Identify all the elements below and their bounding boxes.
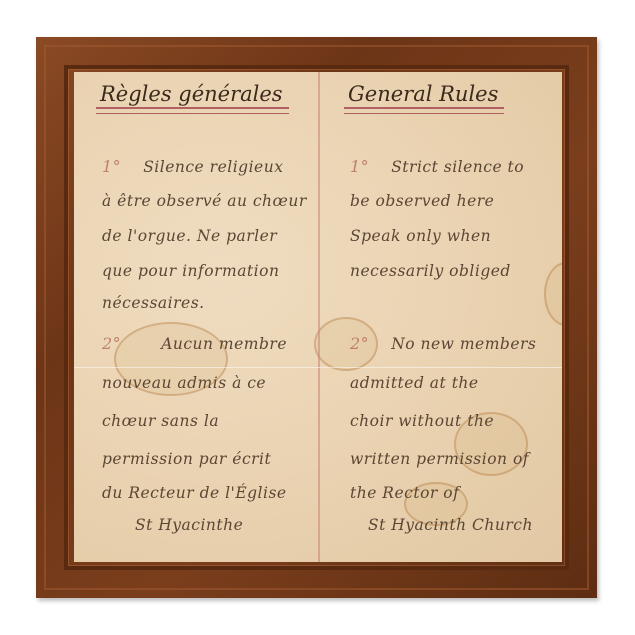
- aged-paper-sheet: Règles générales 1°Silence religieux à ê…: [74, 72, 562, 562]
- rule-number: 2°: [102, 334, 121, 353]
- rule-line: 1°Silence religieux: [102, 157, 283, 176]
- rule-number: 1°: [350, 157, 369, 176]
- rule-line: choir without the: [350, 412, 494, 430]
- rule-line: written permission of: [350, 450, 529, 468]
- signature-line: St Hyacinth Church: [368, 516, 533, 534]
- english-column: General Rules 1°Strict silence to be obs…: [328, 72, 562, 562]
- rule-number: 2°: [350, 334, 369, 353]
- rule-line: nouveau admis à ce: [102, 374, 266, 392]
- rule-line: Speak only when: [350, 227, 491, 245]
- signature-line: St Hyacinthe: [135, 516, 243, 534]
- rule-line: 2°Aucun membre: [102, 334, 287, 353]
- rule-line: 2°No new members: [350, 334, 536, 353]
- rule-line: 1°Strict silence to: [350, 157, 524, 176]
- english-heading: General Rules: [348, 82, 498, 110]
- french-heading: Règles générales: [100, 82, 283, 110]
- rule-line: de l'orgue. Ne parler: [102, 227, 277, 245]
- french-column: Règles générales 1°Silence religieux à ê…: [80, 72, 316, 562]
- rule-line: permission par écrit: [102, 450, 271, 468]
- rule-line: que pour information: [102, 262, 279, 280]
- rule-line: chœur sans la: [102, 412, 219, 430]
- rule-number: 1°: [102, 157, 121, 176]
- rule-line: du Recteur de l'Église: [102, 484, 287, 502]
- rule-line: à être observé au chœur: [102, 192, 307, 210]
- rule-line: be observed here: [350, 192, 494, 210]
- rule-line: admitted at the: [350, 374, 479, 392]
- rule-line: the Rector of: [350, 484, 459, 502]
- rule-line: nécessaires.: [102, 294, 205, 312]
- column-divider: [318, 72, 320, 562]
- rule-line: necessarily obliged: [350, 262, 511, 280]
